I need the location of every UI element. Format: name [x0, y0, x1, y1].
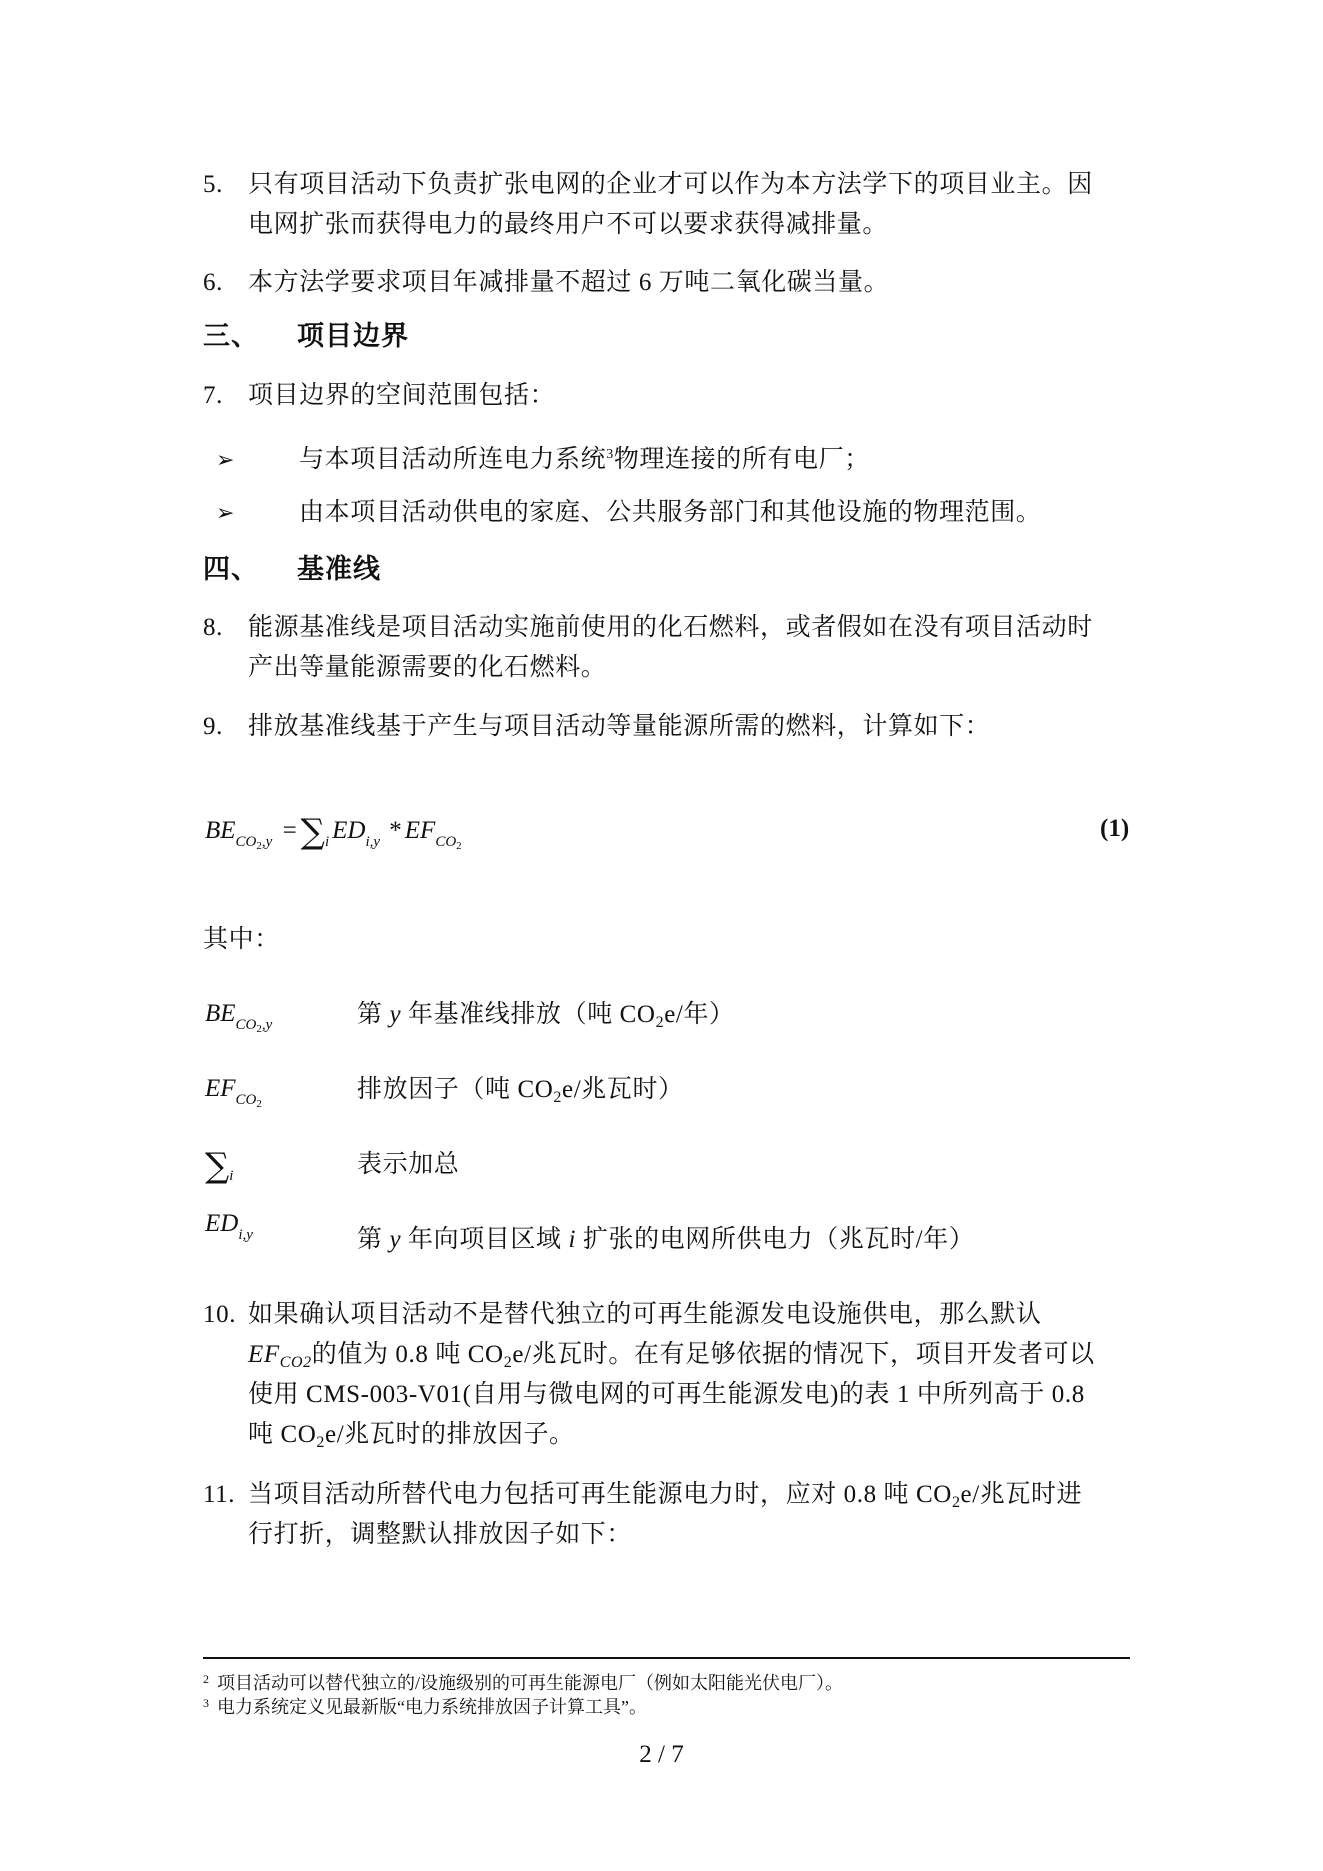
- paragraph-9: 9.排放基准线基于产生与项目活动等量能源所需的燃料，计算如下：: [203, 712, 990, 742]
- co2-subscript: 2: [656, 1014, 665, 1031]
- section-heading-baseline: 四、基准线: [203, 554, 381, 586]
- paragraph-5: 5.只有项目活动下负责扩张电网的企业才可以作为本方法学下的项目业主。因: [203, 170, 1093, 200]
- symbol-sub: i,y: [238, 1227, 253, 1243]
- eq-lhs: BE: [205, 817, 236, 844]
- paragraph-8-line-2: 产出等量能源需要的化石燃料。: [248, 653, 606, 683]
- section-title: 项目边界: [297, 321, 409, 352]
- eq-times: *: [389, 817, 402, 844]
- paragraph-text: 只有项目活动下负责扩张电网的企业才可以作为本方法学下的项目业主。因: [248, 171, 1093, 198]
- def-text: 第: [357, 1001, 389, 1028]
- where-label: 其中：: [203, 925, 280, 955]
- bullet-text-tail: 物理连接的所有电厂；: [614, 446, 870, 473]
- paragraph-7: 7.项目边界的空间范围包括：: [203, 381, 555, 411]
- def-text: 年向项目区域: [401, 1226, 568, 1253]
- symbol: ED: [205, 1210, 238, 1237]
- item-number: 5.: [203, 170, 248, 200]
- paragraph-text: e/兆瓦时。在有足够依据的情况下，项目开发者可以: [512, 1341, 1094, 1368]
- def-text: 年基准线排放（吨 CO: [401, 1001, 655, 1028]
- paragraph-10-line-4: 吨 CO2e/兆瓦时的排放因子。: [248, 1420, 575, 1458]
- footnote-mark: 3: [203, 1696, 209, 1710]
- footnote-text: 项目活动可以替代独立的/设施级别的可再生能源电厂（例如太阳能光伏电厂）。: [217, 1673, 843, 1693]
- bullet-text: 由本项目活动供电的家庭、公共服务部门和其他设施的物理范围。: [299, 499, 1041, 526]
- paragraph-text: 当项目活动所替代电力包括可再生能源电力时，应对 0.8 吨 CO: [248, 1481, 952, 1508]
- section-number: 四、: [203, 554, 297, 586]
- def-var: y: [389, 1001, 401, 1028]
- definition-text-ed: 第 y 年向项目区域 i 扩张的电网所供电力（兆瓦时/年）: [357, 1225, 974, 1255]
- symbol: EF: [205, 1075, 236, 1102]
- ef-symbol: EF: [248, 1341, 280, 1368]
- item-number: 8.: [203, 613, 248, 643]
- paragraph-text: 的值为 0.8 吨 CO: [312, 1341, 504, 1368]
- footnote-2: 2项目活动可以替代独立的/设施级别的可再生能源电厂（例如太阳能光伏电厂）。: [203, 1668, 843, 1695]
- item-number: 7.: [203, 381, 248, 411]
- def-text: 扩张的电网所供电力（兆瓦时/年）: [576, 1226, 974, 1253]
- item-number: 6.: [203, 268, 248, 298]
- def-text: 第: [357, 1226, 389, 1253]
- paragraph-text: 能源基准线是项目活动实施前使用的化石燃料，或者假如在没有项目活动时: [248, 614, 1093, 641]
- definition-symbol-ef: EFCO2: [205, 1075, 262, 1110]
- sum-icon: ∑: [301, 812, 325, 852]
- section-number: 三、: [203, 321, 297, 353]
- footnote-divider: [203, 1657, 1130, 1659]
- definition-symbol-ed: EDi,y: [205, 1210, 253, 1244]
- symbol-sub: i: [229, 1168, 233, 1184]
- bullet-item: ➢由本项目活动供电的家庭、公共服务部门和其他设施的物理范围。: [216, 498, 1041, 528]
- paragraph-6: 6.本方法学要求项目年减排量不超过 6 万吨二氧化碳当量。: [203, 268, 889, 298]
- symbol-sub: CO: [236, 1017, 257, 1033]
- paragraph-5-line-2: 电网扩张而获得电力的最终用户不可以要求获得减排量。: [248, 210, 888, 240]
- co2-subscript: 2: [316, 1434, 325, 1451]
- paragraph-text: e/兆瓦时进: [961, 1481, 1083, 1508]
- paragraph-11: 11.当项目活动所替代电力包括可再生能源电力时，应对 0.8 吨 CO2e/兆瓦…: [203, 1480, 1082, 1518]
- section-heading-project-boundary: 三、项目边界: [203, 321, 409, 353]
- co2-subscript: 2: [553, 1089, 562, 1106]
- footnote-ref[interactable]: 3: [606, 447, 614, 462]
- eq-sigma-sub: i: [325, 834, 329, 850]
- eq-term2-sub: CO: [435, 834, 456, 850]
- definition-symbol-sigma: ∑i: [205, 1146, 233, 1186]
- definition-text-ef: 排放因子（吨 CO2e/兆瓦时）: [357, 1075, 684, 1113]
- eq-lhs-sub-tail: ,y: [262, 834, 272, 850]
- paragraph-text: e/兆瓦时的排放因子。: [325, 1421, 575, 1448]
- page-number: 2 / 7: [0, 1741, 1323, 1769]
- symbol: BE: [205, 1000, 236, 1027]
- def-text: 排放因子（吨 CO: [357, 1076, 553, 1103]
- bullet-text: 与本项目活动所连电力系统: [299, 446, 606, 473]
- eq-term1: ED: [332, 817, 365, 844]
- section-title: 基准线: [297, 554, 381, 585]
- equation-number: (1): [1100, 815, 1129, 843]
- eq-term2: EF: [405, 817, 436, 844]
- symbol-sub-tail: ,y: [262, 1017, 272, 1033]
- paragraph-10: 10.如果确认项目活动不是替代独立的可再生能源发电设施供电，那么默认: [203, 1300, 1042, 1330]
- arrow-bullet-icon: ➢: [216, 445, 299, 475]
- def-var: i: [568, 1226, 576, 1253]
- symbol-sub: CO: [236, 1092, 257, 1108]
- eq-term2-sub2: 2: [456, 840, 462, 852]
- footnote-mark: 2: [203, 1672, 209, 1686]
- eq-term1-sub: i,y: [365, 834, 380, 850]
- footnote-3: 3电力系统定义见最新版“电力系统排放因子计算工具”。: [203, 1692, 647, 1719]
- paragraph-text: 项目边界的空间范围包括：: [248, 382, 555, 409]
- footnote-text: 电力系统定义见最新版“电力系统排放因子计算工具”。: [217, 1697, 647, 1717]
- co2-subscript: 2: [952, 1494, 961, 1511]
- sum-icon: ∑: [205, 1146, 229, 1186]
- symbol-sub2: 2: [256, 1098, 262, 1110]
- arrow-bullet-icon: ➢: [216, 498, 299, 528]
- paragraph-8: 8.能源基准线是项目活动实施前使用的化石燃料，或者假如在没有项目活动时: [203, 613, 1093, 643]
- paragraph-text: 吨 CO: [248, 1421, 316, 1448]
- paragraph-text: 排放基准线基于产生与项目活动等量能源所需的燃料，计算如下：: [248, 713, 990, 740]
- paragraph-text: 如果确认项目活动不是替代独立的可再生能源发电设施供电，那么默认: [248, 1301, 1042, 1328]
- item-number: 11.: [203, 1480, 248, 1510]
- ef-symbol-sub: CO2: [280, 1354, 312, 1371]
- eq-equals: =: [283, 817, 297, 844]
- paragraph-10-line-3: 使用 CMS-003-V01(自用与微电网的可再生能源发电)的表 1 中所列高于…: [248, 1380, 1085, 1410]
- definition-text-be: 第 y 年基准线排放（吨 CO2e/年）: [357, 1000, 735, 1038]
- paragraph-text: 本方法学要求项目年减排量不超过 6 万吨二氧化碳当量。: [248, 269, 889, 296]
- def-var: y: [389, 1226, 401, 1253]
- bullet-item: ➢与本项目活动所连电力系统3物理连接的所有电厂；: [216, 440, 870, 475]
- paragraph-10-line-2: EFCO2的值为 0.8 吨 CO2e/兆瓦时。在有足够依据的情况下，项目开发者…: [248, 1340, 1095, 1378]
- equation-1: BECO2,y =∑iEDi,y *EFCO2: [205, 812, 462, 852]
- paragraph-11-line-2: 行打折，调整默认排放因子如下：: [248, 1520, 632, 1550]
- def-text: e/兆瓦时）: [562, 1076, 684, 1103]
- eq-lhs-sub: CO: [236, 834, 257, 850]
- item-number: 9.: [203, 712, 248, 742]
- definition-symbol-be: BECO2,y: [205, 1000, 272, 1035]
- def-text: e/年）: [664, 1001, 734, 1028]
- item-number: 10.: [203, 1300, 248, 1330]
- definition-text-sigma: 表示加总: [357, 1150, 459, 1180]
